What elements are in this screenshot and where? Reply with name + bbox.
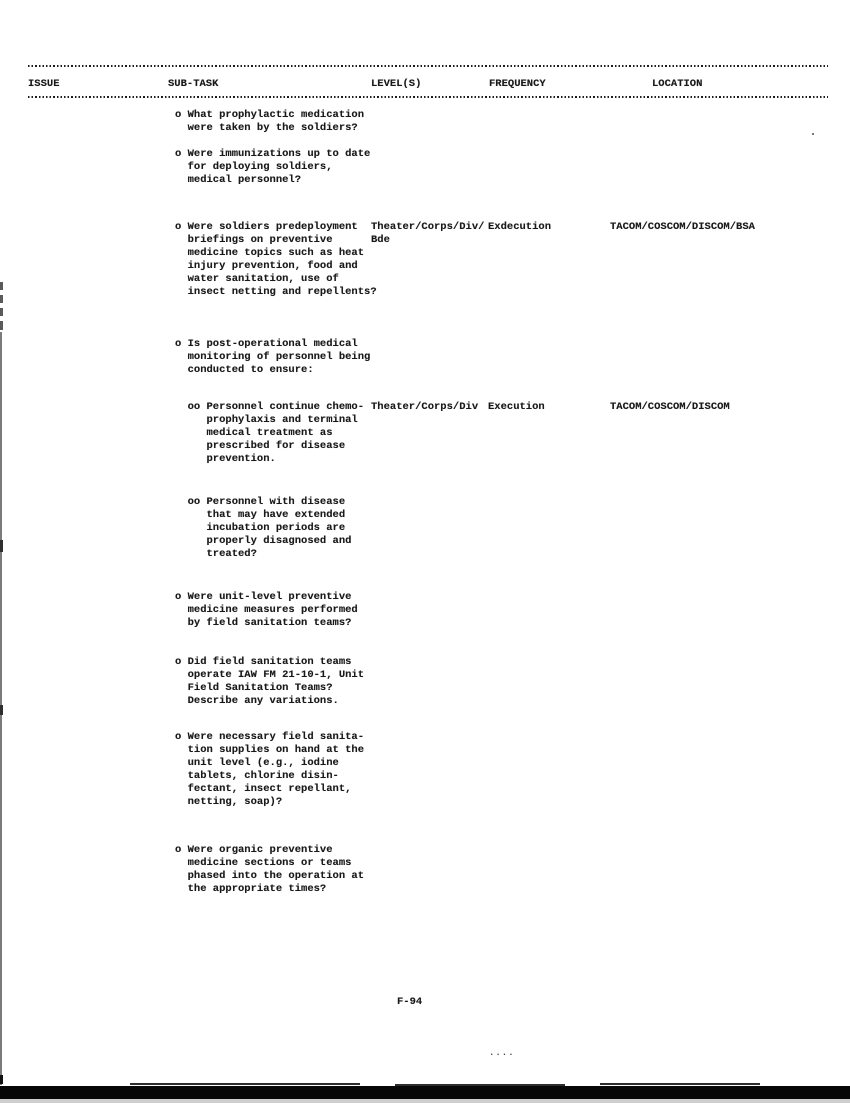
location-cell: TACOM/COSCOM/DISCOM/BSA	[610, 221, 842, 234]
scan-bar	[0, 1086, 850, 1099]
left-edge-mark	[0, 295, 3, 303]
scan-smudge-dots: ....	[489, 1049, 515, 1058]
subtask-cell: o Were necessary field sanita- tion supp…	[175, 731, 380, 809]
level-cell: Theater/Corps/Div	[371, 401, 485, 414]
scan-bar-frill	[130, 1083, 360, 1085]
left-edge-mark	[0, 282, 3, 290]
subtask-cell: o What prophylactic medication were take…	[175, 109, 380, 135]
page-number: F-94	[397, 996, 422, 1009]
scanned-document-page: ISSUE SUB-TASK LEVEL(S) FREQUENCY LOCATI…	[0, 0, 850, 1103]
left-edge-mark	[0, 308, 3, 316]
scan-bar-underline	[0, 1099, 850, 1103]
frequency-cell: Execution	[488, 401, 606, 414]
column-header-issue: ISSUE	[28, 78, 60, 91]
frequency-cell: Exdecution	[488, 221, 606, 234]
scan-speck	[812, 133, 814, 135]
header-bottom-rule	[28, 96, 828, 98]
subtask-cell: o Were unit-level preventive medicine me…	[175, 591, 380, 630]
subtask-cell: oo Personnel continue chemo- prophylaxis…	[175, 401, 380, 466]
scan-bar-frill	[600, 1083, 760, 1085]
subtask-cell: oo Personnel with disease that may have …	[175, 496, 380, 561]
subtask-cell: o Is post-operational medical monitoring…	[175, 338, 380, 377]
level-cell: Theater/Corps/Div/ Bde	[371, 221, 485, 247]
header-top-rule	[28, 65, 828, 67]
location-cell: TACOM/COSCOM/DISCOM	[610, 401, 842, 414]
subtask-cell: o Were soldiers predeployment briefings …	[175, 221, 380, 299]
column-header-frequency: FREQUENCY	[489, 78, 546, 91]
column-header-subtask: SUB-TASK	[168, 78, 218, 91]
left-edge-mark	[0, 705, 3, 715]
subtask-cell: o Did field sanitation teams operate IAW…	[175, 656, 380, 708]
left-edge-mark	[0, 321, 3, 330]
column-header-location: LOCATION	[652, 78, 702, 91]
subtask-cell: o Were organic preventive medicine secti…	[175, 844, 380, 896]
subtask-cell: o Were immunizations up to date for depl…	[175, 148, 380, 187]
left-edge-mark	[0, 1075, 3, 1084]
left-edge-mark	[0, 540, 3, 552]
column-header-level: LEVEL(S)	[371, 78, 421, 91]
